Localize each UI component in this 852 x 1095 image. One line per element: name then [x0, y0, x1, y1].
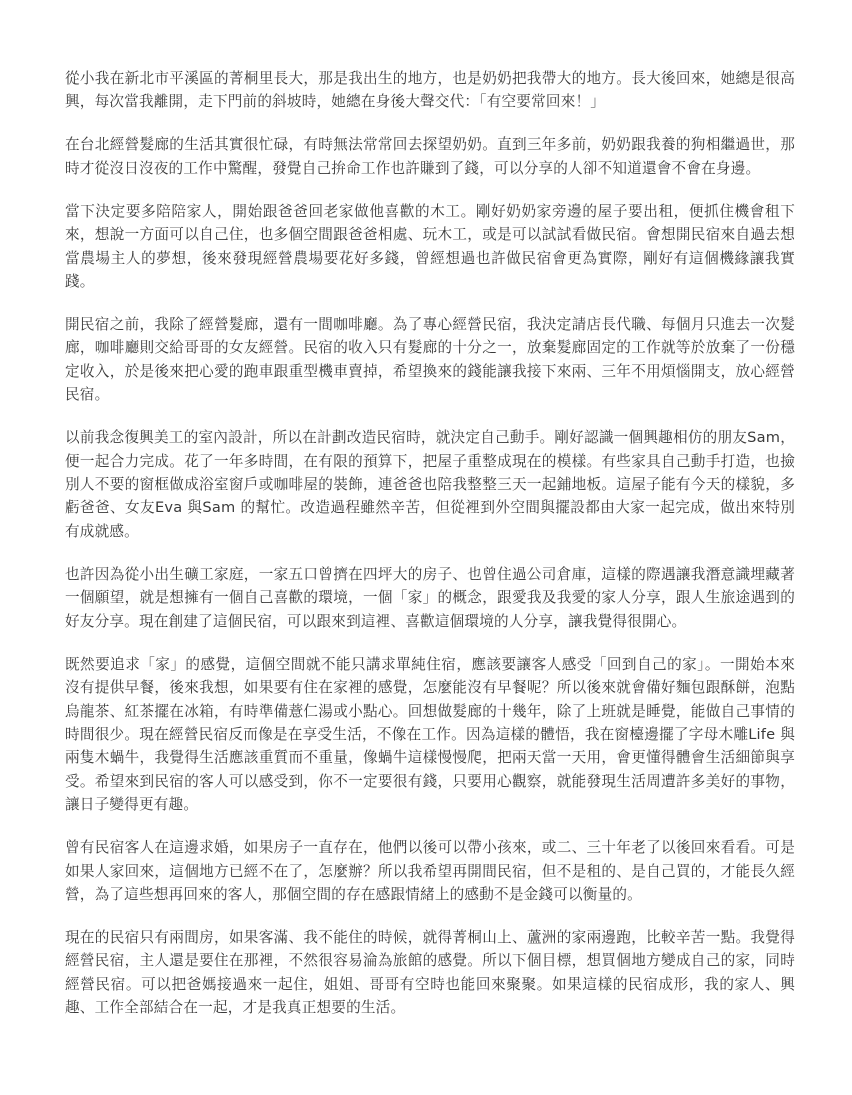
paragraph-1: 從小我在新北市平溪區的菁桐里長大，那是我出生的地方，也是奶奶把我帶大的地方。長大…: [65, 67, 795, 114]
paragraph-6: 也許因為從小出生礦工家庭，一家五口曾擠在四坪大的房子、也曾住過公司倉庫，這樣的際…: [65, 563, 795, 633]
paragraph-9: 現在的民宿只有兩間房，如果客滿、我不能住的時候，就得菁桐山上、蘆洲的家兩邊跑，比…: [65, 926, 795, 1020]
paragraph-5: 以前我念復興美工的室內設計，所以在計劃改造民宿時，就決定自己動手。剛好認識一個興…: [65, 426, 795, 543]
paragraph-7: 既然要追求「家」的感覺，這個空間就不能只講求單純住宿，應該要讓客人感受「回到自己…: [65, 653, 795, 817]
paragraph-2: 在台北經營髮廊的生活其實很忙碌，有時無法常常回去探望奶奶。直到三年多前，奶奶跟我…: [65, 133, 795, 180]
paragraph-3: 當下決定要多陪陪家人，開始跟爸爸回老家做他喜歡的木工。剛好奶奶家旁邊的屋子要出租…: [65, 200, 795, 294]
paragraph-8: 曾有民宿客人在這邊求婚，如果房子一直存在，他們以後可以帶小孩來，或二、三十年老了…: [65, 836, 795, 906]
article-body: 從小我在新北市平溪區的菁桐里長大，那是我出生的地方，也是奶奶把我帶大的地方。長大…: [65, 67, 795, 1039]
paragraph-4: 開民宿之前，我除了經營髮廊，還有一間咖啡廳。為了專心經營民宿，我決定請店長代職、…: [65, 313, 795, 407]
